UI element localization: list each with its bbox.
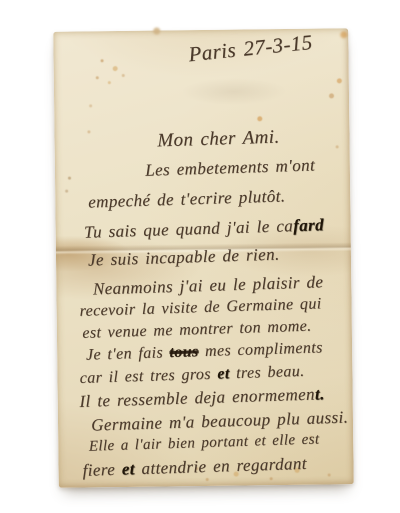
line-text: Mon cher Ami. — [157, 127, 280, 152]
line-text: car il est tres gros — [79, 366, 217, 387]
letter-line: Je t'en fais tous mes compliments — [86, 339, 323, 364]
line-text: tres beau. — [229, 363, 304, 382]
overwritten-text: et — [121, 459, 135, 478]
letter-line: est venue me montrer ton mome. — [82, 318, 312, 343]
letter-line: Les embetements m'ont — [145, 155, 315, 180]
line-text: fiere — [82, 460, 122, 480]
overwritten-text: et — [217, 365, 230, 382]
overwritten-text: fard — [293, 215, 324, 235]
letter-photograph: Paris 27-3-15 Mon cher Ami. Les embeteme… — [0, 0, 400, 513]
line-text: Elle a l'air bien portant et elle est — [89, 431, 320, 454]
line-text: Les embetements m'ont — [145, 155, 315, 179]
line-text: Je t'en fais — [86, 344, 170, 364]
line-text: empeché de t'ecrire plutôt. — [88, 186, 286, 211]
letter-line: Mon cher Ami. — [157, 127, 280, 153]
letter-date: Paris 27-3-15 — [187, 30, 313, 67]
letter-line: Il te ressemble deja enormement. — [79, 384, 325, 412]
line-text: Tu sais que quand j'ai le ca — [84, 216, 294, 242]
line-text: est venue me montrer ton mome. — [82, 318, 312, 342]
letter-line: empeché de t'ecrire plutôt. — [88, 186, 286, 212]
line-text: Neanmoins j'ai eu le plaisir de — [93, 272, 324, 298]
letter-line: Tu sais que quand j'ai le cafard — [84, 215, 325, 243]
letter-line: recevoir la visite de Germaine qui — [79, 295, 322, 321]
handwritten-text: Paris 27-3-15 Mon cher Ami. Les embeteme… — [49, 25, 358, 490]
overwritten-text: t. — [315, 384, 325, 403]
line-text: mes compliments — [198, 339, 323, 360]
scribbled-word: tous — [169, 343, 199, 361]
letter-line: Je suis incapable de rien. — [88, 245, 280, 271]
letter-line: Elle a l'air bien portant et elle est — [89, 431, 320, 455]
letter-line: fiere et attendrie en regardant — [82, 454, 307, 481]
line-text: Germaine m'a beaucoup plu aussi. — [91, 408, 349, 435]
line-text: Je suis incapable de rien. — [88, 245, 280, 270]
line-text: attendrie en regardant — [135, 454, 308, 478]
letter-line: car il est tres gros et tres beau. — [79, 363, 304, 388]
line-text: recevoir la visite de Germaine qui — [79, 295, 321, 320]
letter-page: Paris 27-3-15 Mon cher Ami. Les embeteme… — [53, 28, 354, 488]
line-text: Il te ressemble deja enormemen — [79, 385, 315, 411]
